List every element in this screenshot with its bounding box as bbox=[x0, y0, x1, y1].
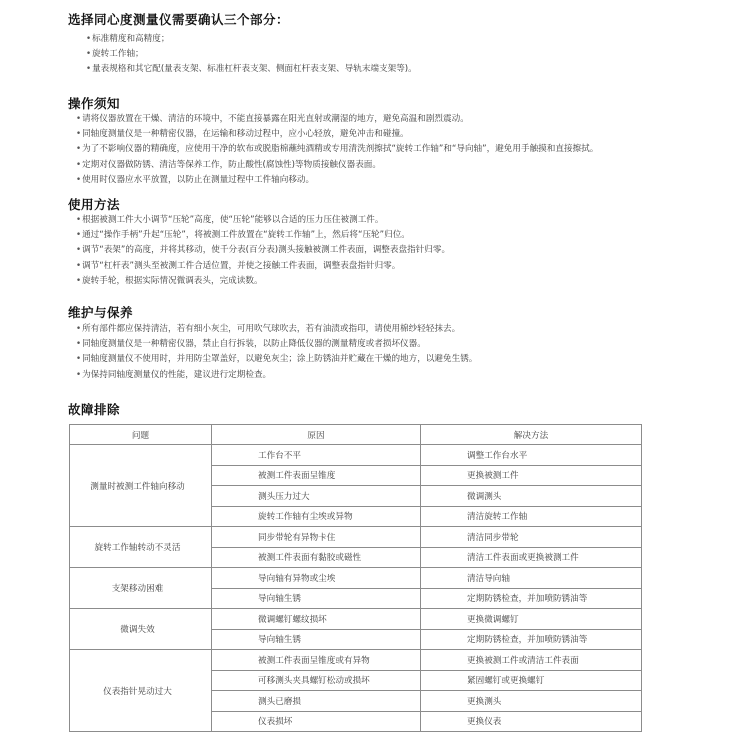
list-item: 调节“杠杆表”测头至被测工件合适位置，并使之接触工件表面，调整表盘指针归零。 bbox=[76, 259, 450, 274]
solution-cell: 紧固螺钉或更换螺钉 bbox=[421, 670, 642, 691]
list-item: 旋转工作轴； bbox=[86, 47, 417, 62]
cause-cell: 导向轴有异物或尘埃 bbox=[212, 568, 421, 589]
operation-list: 请将仪器放置在干燥、清洁的环境中，不能直接暴露在阳光直射或潮湿的地方，避免高温和… bbox=[76, 112, 598, 188]
list-item: 所有部件都应保持清洁，若有细小灰尘，可用吹气球吹去，若有油渍或指印，请使用棉纱轻… bbox=[76, 322, 477, 337]
cause-cell: 可移测头夹具螺钉松动或损坏 bbox=[212, 670, 421, 691]
solution-cell: 清洁同步带轮 bbox=[421, 527, 642, 548]
table-row: 测量时被测工件轴向移动 工作台不平 调整工作台水平 bbox=[70, 445, 642, 466]
table-row: 支架移动困难 导向轴有异物或尘埃 清洁导向轴 bbox=[70, 568, 642, 589]
solution-cell: 更换被测工件或清洁工件表面 bbox=[421, 650, 642, 671]
solution-cell: 定期防锈检查，并加喷防锈油等 bbox=[421, 629, 642, 650]
solution-cell: 清洁旋转工作轴 bbox=[421, 506, 642, 527]
problem-cell: 仪表指针晃动过大 bbox=[70, 650, 212, 732]
table-row: 微调失效 微调螺钉螺纹损坏 更换微调螺钉 bbox=[70, 609, 642, 630]
cause-cell: 仪表损坏 bbox=[212, 711, 421, 732]
table-row: 仪表指针晃动过大 被测工件表面呈锥度或有异物 更换被测工件或清洁工件表面 bbox=[70, 650, 642, 671]
list-item: 调节“表架”的高度，并将其移动，使千分表(百分表)测头接触被测工件表面，调整表盘… bbox=[76, 243, 450, 258]
cause-cell: 测头已磨损 bbox=[212, 691, 421, 712]
solution-cell: 调整工作台水平 bbox=[421, 445, 642, 466]
cause-cell: 微调螺钉螺纹损坏 bbox=[212, 609, 421, 630]
usage-heading: 使用方法 bbox=[68, 195, 120, 213]
column-header-cause: 原因 bbox=[212, 425, 421, 445]
list-item: 为保持同轴度测量仪的性能，建议进行定期检查。 bbox=[76, 368, 477, 383]
list-item: 定期对仪器做防锈、清洁等保养工作，防止酸性(腐蚀性)等物质接触仪器表面。 bbox=[76, 158, 598, 173]
cause-cell: 工作台不平 bbox=[212, 445, 421, 466]
problem-cell: 微调失效 bbox=[70, 609, 212, 650]
solution-cell: 更换微调螺钉 bbox=[421, 609, 642, 630]
problem-cell: 支架移动困难 bbox=[70, 568, 212, 609]
cause-cell: 旋转工作轴有尘埃或异物 bbox=[212, 506, 421, 527]
list-item: 通过“操作手柄”升起“压轮”，将被测工件放置在“旋转工作轴”上，然后将“压轮”归… bbox=[76, 228, 450, 243]
list-item: 为了不影响仪器的精确度，应使用干净的软布或脱脂棉蘸纯酒精或专用清洗剂擦拭“旋转工… bbox=[76, 142, 598, 157]
solution-cell: 更换测头 bbox=[421, 691, 642, 712]
solution-cell: 定期防锈检查，并加喷防锈油等 bbox=[421, 588, 642, 609]
solution-cell: 更换仪表 bbox=[421, 711, 642, 732]
column-header-solution: 解决方法 bbox=[421, 425, 642, 445]
list-item: 使用时仪器应水平放置，以防止在测量过程中工件轴向移动。 bbox=[76, 173, 598, 188]
table-header-row: 问题 原因 解决方法 bbox=[70, 425, 642, 445]
solution-cell: 清洁导向轴 bbox=[421, 568, 642, 589]
cause-cell: 被测工件表面有黏胶或磁性 bbox=[212, 547, 421, 568]
cause-cell: 被测工件表面呈锥度或有异物 bbox=[212, 650, 421, 671]
intro-list: 标准精度和高精度； 旋转工作轴； 量表规格和其它配(量表支架、标准杠杆表支架、侧… bbox=[86, 32, 417, 78]
cause-cell: 导向轴生锈 bbox=[212, 629, 421, 650]
cause-cell: 同步带轮有异物卡住 bbox=[212, 527, 421, 548]
list-item: 同轴度测量仪是一种精密仪器，禁止自行拆装，以防止降低仪器的测量精度或者损坏仪器。 bbox=[76, 337, 477, 352]
operation-heading: 操作须知 bbox=[68, 94, 120, 112]
solution-cell: 清洁工件表面或更换被测工件 bbox=[421, 547, 642, 568]
list-item: 量表规格和其它配(量表支架、标准杠杆表支架、侧面杠杆表支架、导轨末端支架等)。 bbox=[86, 62, 417, 77]
cause-cell: 导向轴生锈 bbox=[212, 588, 421, 609]
cause-cell: 测头压力过大 bbox=[212, 486, 421, 507]
list-item: 根据被测工件大小调节“压轮”高度，使“压轮”能够以合适的压力压住被测工件。 bbox=[76, 213, 450, 228]
problem-cell: 旋转工作轴转动不灵活 bbox=[70, 527, 212, 568]
troubleshooting-heading: 故障排除 bbox=[68, 400, 120, 418]
intro-heading: 选择同心度测量仪需要确认三个部分： bbox=[68, 10, 289, 28]
list-item: 旋转手轮，根据实际情况微调表头，完成读数。 bbox=[76, 274, 450, 289]
cause-cell: 被测工件表面呈锥度 bbox=[212, 465, 421, 486]
maintenance-list: 所有部件都应保持清洁，若有细小灰尘，可用吹气球吹去，若有油渍或指印，请使用棉纱轻… bbox=[76, 322, 477, 383]
problem-cell: 测量时被测工件轴向移动 bbox=[70, 445, 212, 527]
troubleshooting-table: 问题 原因 解决方法 测量时被测工件轴向移动 工作台不平 调整工作台水平 被测工… bbox=[69, 424, 642, 732]
list-item: 同轴度测量仪是一种精密仪器，在运输和移动过程中，应小心轻放，避免冲击和碰撞。 bbox=[76, 127, 598, 142]
table-row: 旋转工作轴转动不灵活 同步带轮有异物卡住 清洁同步带轮 bbox=[70, 527, 642, 548]
column-header-problem: 问题 bbox=[70, 425, 212, 445]
list-item: 同轴度测量仪不使用时，并用防尘罩盖好，以避免灰尘；涂上防锈油并贮藏在干燥的地方，… bbox=[76, 352, 477, 367]
solution-cell: 更换被测工件 bbox=[421, 465, 642, 486]
usage-list: 根据被测工件大小调节“压轮”高度，使“压轮”能够以合适的压力压住被测工件。 通过… bbox=[76, 213, 450, 289]
list-item: 标准精度和高精度； bbox=[86, 32, 417, 47]
solution-cell: 微调测头 bbox=[421, 486, 642, 507]
list-item: 请将仪器放置在干燥、清洁的环境中，不能直接暴露在阳光直射或潮湿的地方，避免高温和… bbox=[76, 112, 598, 127]
maintenance-heading: 维护与保养 bbox=[68, 303, 133, 321]
